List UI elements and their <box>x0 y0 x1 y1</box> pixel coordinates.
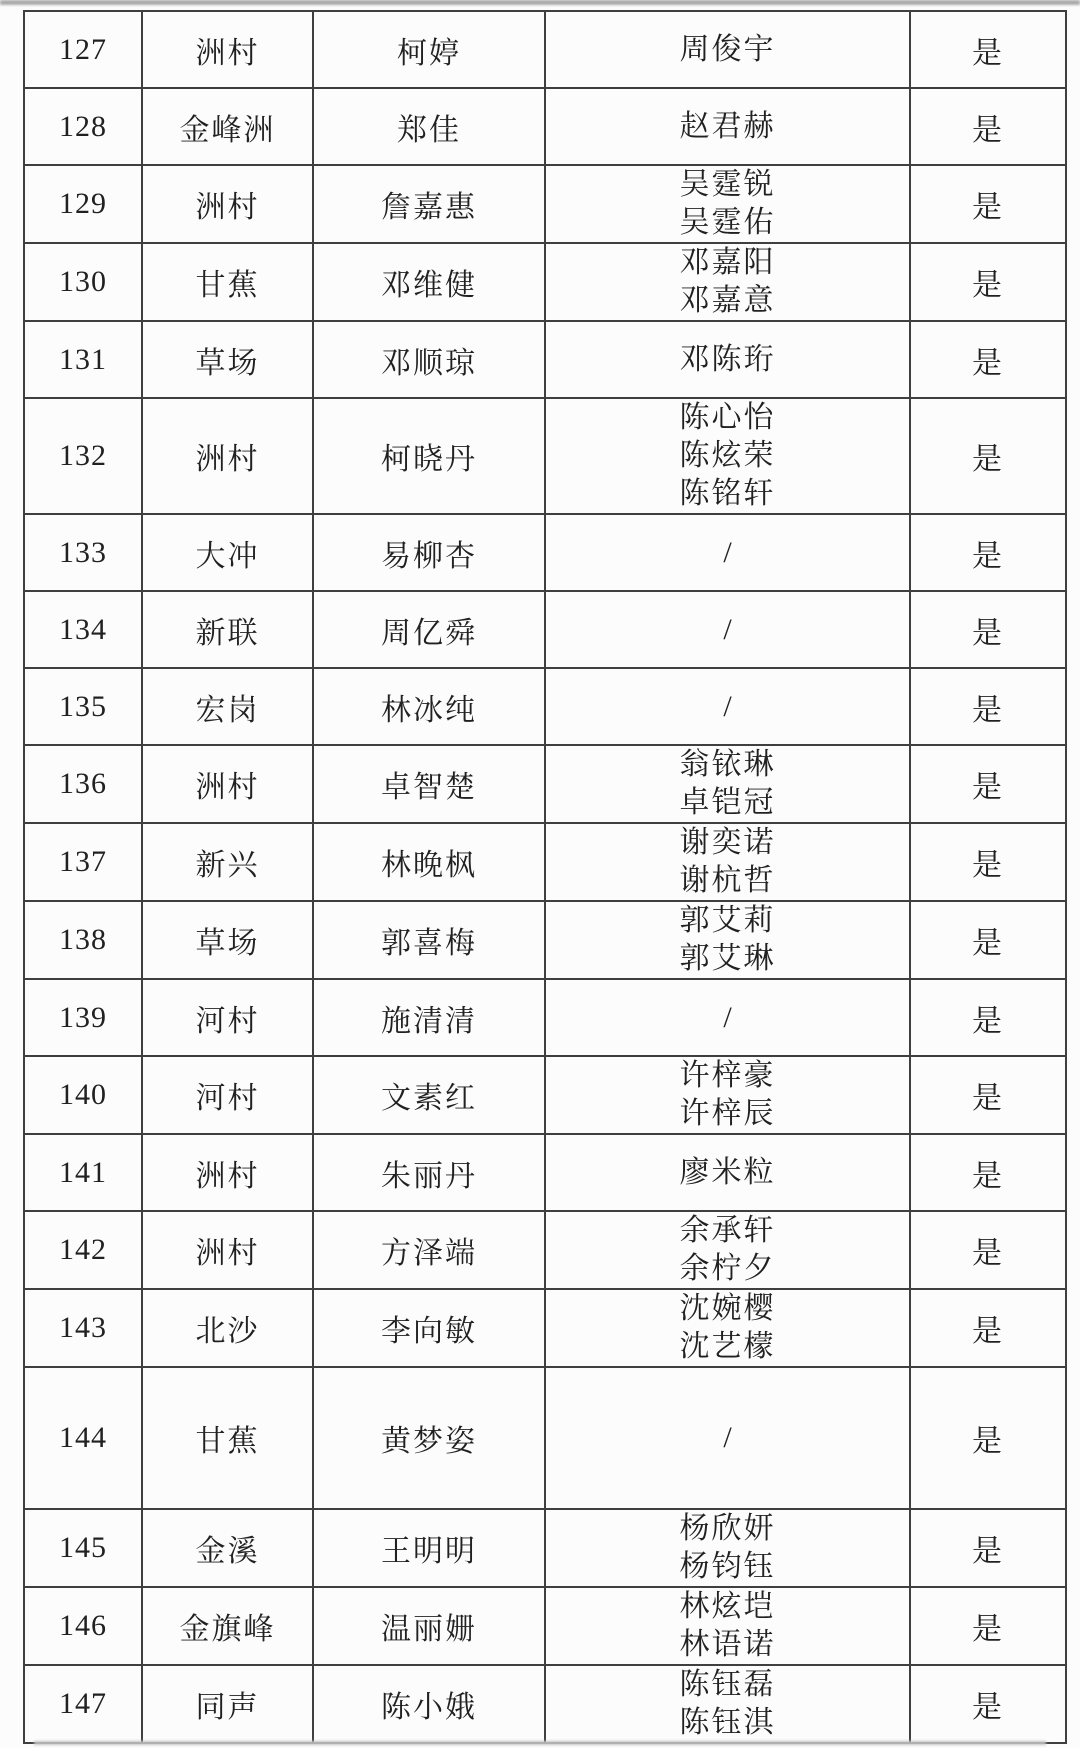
child-name: 陈钰淇 <box>550 1704 905 1742</box>
children-cell: 许梓豪许梓辰 <box>545 1056 910 1134</box>
parent-name-cell: 文素红 <box>313 1056 545 1134</box>
status-cell: 是 <box>910 165 1066 243</box>
status-cell: 是 <box>910 979 1066 1056</box>
parent-name-cell: 郑佳 <box>313 88 545 165</box>
parent-name-cell: 邓维健 <box>313 243 545 321</box>
child-name: 周俊宇 <box>550 31 905 69</box>
table-row: 133大冲易柳杏/是 <box>24 514 1066 591</box>
row-number-cell: 144 <box>24 1367 142 1509</box>
parent-name-cell: 王明明 <box>313 1509 545 1587</box>
parent-name-cell: 温丽姗 <box>313 1587 545 1665</box>
children-cell: / <box>545 1367 910 1509</box>
village-cell: 洲村 <box>142 11 313 88</box>
row-number-cell: 134 <box>24 591 142 668</box>
village-cell: 河村 <box>142 979 313 1056</box>
status-cell: 是 <box>910 591 1066 668</box>
village-cell: 河村 <box>142 1056 313 1134</box>
status-cell: 是 <box>910 1211 1066 1289</box>
row-number-cell: 129 <box>24 165 142 243</box>
status-cell: 是 <box>910 1665 1066 1743</box>
parent-name-cell: 郭喜梅 <box>313 901 545 979</box>
child-name: 吴霆佑 <box>550 204 905 242</box>
status-cell: 是 <box>910 1509 1066 1587</box>
row-number-cell: 143 <box>24 1289 142 1367</box>
village-cell: 洲村 <box>142 1211 313 1289</box>
child-name: 邓嘉意 <box>550 282 905 320</box>
empty-marker: / <box>550 611 905 649</box>
row-number-cell: 131 <box>24 321 142 398</box>
status-cell: 是 <box>910 901 1066 979</box>
children-cell: 廖米粒 <box>545 1134 910 1211</box>
children-cell: 谢奕诺谢杭哲 <box>545 823 910 901</box>
status-cell: 是 <box>910 745 1066 823</box>
child-name: 余柠夕 <box>550 1250 905 1288</box>
row-number-cell: 141 <box>24 1134 142 1211</box>
row-number-cell: 128 <box>24 88 142 165</box>
village-cell: 洲村 <box>142 398 313 514</box>
parent-name-cell: 易柳杏 <box>313 514 545 591</box>
row-number-cell: 136 <box>24 745 142 823</box>
parent-name-cell: 詹嘉惠 <box>313 165 545 243</box>
child-name: 邓陈珩 <box>550 341 905 379</box>
status-cell: 是 <box>910 321 1066 398</box>
child-name: 林语诺 <box>550 1626 905 1664</box>
table-row: 137新兴林晚枫谢奕诺谢杭哲是 <box>24 823 1066 901</box>
parent-name-cell: 黄梦姿 <box>313 1367 545 1509</box>
child-name: 陈炫荣 <box>550 437 905 475</box>
table-row: 131草场邓顺琼邓陈珩是 <box>24 321 1066 398</box>
table-row: 143北沙李向敏沈婉樱沈艺檬是 <box>24 1289 1066 1367</box>
children-cell: 周俊宇 <box>545 11 910 88</box>
parent-name-cell: 方泽端 <box>313 1211 545 1289</box>
roster-table-body: 127洲村柯婷周俊宇是128金峰洲郑佳赵君赫是129洲村詹嘉惠吴霆锐吴霆佑是13… <box>24 11 1066 1743</box>
village-cell: 洲村 <box>142 1134 313 1211</box>
child-name: 吴霆锐 <box>550 166 905 204</box>
status-cell: 是 <box>910 668 1066 745</box>
parent-name-cell: 李向敏 <box>313 1289 545 1367</box>
village-cell: 金溪 <box>142 1509 313 1587</box>
village-cell: 洲村 <box>142 165 313 243</box>
status-cell: 是 <box>910 1056 1066 1134</box>
row-number-cell: 140 <box>24 1056 142 1134</box>
status-cell: 是 <box>910 1289 1066 1367</box>
row-number-cell: 133 <box>24 514 142 591</box>
table-row: 141洲村朱丽丹廖米粒是 <box>24 1134 1066 1211</box>
children-cell: 郭艾莉郭艾琳 <box>545 901 910 979</box>
parent-name-cell: 柯婷 <box>313 11 545 88</box>
empty-marker: / <box>550 999 905 1037</box>
children-cell: / <box>545 668 910 745</box>
table-row: 139河村施清清/是 <box>24 979 1066 1056</box>
village-cell: 甘蕉 <box>142 1367 313 1509</box>
row-number-cell: 127 <box>24 11 142 88</box>
table-row: 147同声陈小娥陈钰磊陈钰淇是 <box>24 1665 1066 1743</box>
child-name: 沈婉樱 <box>550 1290 905 1328</box>
village-cell: 金峰洲 <box>142 88 313 165</box>
roster-table: 127洲村柯婷周俊宇是128金峰洲郑佳赵君赫是129洲村詹嘉惠吴霆锐吴霆佑是13… <box>23 10 1067 1744</box>
table-row: 142洲村方泽端余承轩余柠夕是 <box>24 1211 1066 1289</box>
row-number-cell: 139 <box>24 979 142 1056</box>
children-cell: 邓陈珩 <box>545 321 910 398</box>
child-name: 郭艾莉 <box>550 902 905 940</box>
table-row: 140河村文素红许梓豪许梓辰是 <box>24 1056 1066 1134</box>
row-number-cell: 138 <box>24 901 142 979</box>
row-number-cell: 130 <box>24 243 142 321</box>
child-name: 余承轩 <box>550 1212 905 1250</box>
child-name: 翁铱琳 <box>550 746 905 784</box>
children-cell: 邓嘉阳邓嘉意 <box>545 243 910 321</box>
parent-name-cell: 邓顺琼 <box>313 321 545 398</box>
child-name: 廖米粒 <box>550 1154 905 1192</box>
child-name: 邓嘉阳 <box>550 244 905 282</box>
child-name: 许梓辰 <box>550 1095 905 1133</box>
table-row: 130甘蕉邓维健邓嘉阳邓嘉意是 <box>24 243 1066 321</box>
table-row: 128金峰洲郑佳赵君赫是 <box>24 88 1066 165</box>
village-cell: 同声 <box>142 1665 313 1743</box>
table-row: 135宏岗林冰纯/是 <box>24 668 1066 745</box>
village-cell: 大冲 <box>142 514 313 591</box>
table-row: 132洲村柯晓丹陈心怡陈炫荣陈铭轩是 <box>24 398 1066 514</box>
row-number-cell: 135 <box>24 668 142 745</box>
status-cell: 是 <box>910 823 1066 901</box>
status-cell: 是 <box>910 1587 1066 1665</box>
village-cell: 草场 <box>142 901 313 979</box>
status-cell: 是 <box>910 11 1066 88</box>
table-row: 138草场郭喜梅郭艾莉郭艾琳是 <box>24 901 1066 979</box>
village-cell: 宏岗 <box>142 668 313 745</box>
row-number-cell: 146 <box>24 1587 142 1665</box>
child-name: 谢杭哲 <box>550 862 905 900</box>
row-number-cell: 142 <box>24 1211 142 1289</box>
village-cell: 金旗峰 <box>142 1587 313 1665</box>
child-name: 陈铭轩 <box>550 475 905 513</box>
children-cell: 陈心怡陈炫荣陈铭轩 <box>545 398 910 514</box>
village-cell: 草场 <box>142 321 313 398</box>
parent-name-cell: 林晚枫 <box>313 823 545 901</box>
table-row: 129洲村詹嘉惠吴霆锐吴霆佑是 <box>24 165 1066 243</box>
child-name: 沈艺檬 <box>550 1328 905 1366</box>
table-row: 127洲村柯婷周俊宇是 <box>24 11 1066 88</box>
row-number-cell: 137 <box>24 823 142 901</box>
parent-name-cell: 陈小娥 <box>313 1665 545 1743</box>
child-name: 陈钰磊 <box>550 1666 905 1704</box>
parent-name-cell: 周亿舜 <box>313 591 545 668</box>
village-cell: 洲村 <box>142 745 313 823</box>
parent-name-cell: 卓智楚 <box>313 745 545 823</box>
village-cell: 北沙 <box>142 1289 313 1367</box>
status-cell: 是 <box>910 1367 1066 1509</box>
village-cell: 新兴 <box>142 823 313 901</box>
status-cell: 是 <box>910 514 1066 591</box>
parent-name-cell: 施清清 <box>313 979 545 1056</box>
children-cell: 翁铱琳卓铠冠 <box>545 745 910 823</box>
child-name: 赵君赫 <box>550 108 905 146</box>
parent-name-cell: 朱丽丹 <box>313 1134 545 1211</box>
child-name: 郭艾琳 <box>550 940 905 978</box>
table-row: 134新联周亿舜/是 <box>24 591 1066 668</box>
empty-marker: / <box>550 534 905 572</box>
child-name: 卓铠冠 <box>550 784 905 822</box>
row-number-cell: 132 <box>24 398 142 514</box>
table-row: 136洲村卓智楚翁铱琳卓铠冠是 <box>24 745 1066 823</box>
child-name: 陈心怡 <box>550 399 905 437</box>
village-cell: 新联 <box>142 591 313 668</box>
village-cell: 甘蕉 <box>142 243 313 321</box>
table-row: 144甘蕉黄梦姿/是 <box>24 1367 1066 1509</box>
empty-marker: / <box>550 688 905 726</box>
child-name: 杨钧钰 <box>550 1548 905 1586</box>
status-cell: 是 <box>910 398 1066 514</box>
children-cell: / <box>545 591 910 668</box>
child-name: 林炫垲 <box>550 1588 905 1626</box>
children-cell: 吴霆锐吴霆佑 <box>545 165 910 243</box>
status-cell: 是 <box>910 88 1066 165</box>
parent-name-cell: 柯晓丹 <box>313 398 545 514</box>
status-cell: 是 <box>910 1134 1066 1211</box>
child-name: 许梓豪 <box>550 1057 905 1095</box>
child-name: 杨欣妍 <box>550 1510 905 1548</box>
table-row: 145金溪王明明杨欣妍杨钧钰是 <box>24 1509 1066 1587</box>
parent-name-cell: 林冰纯 <box>313 668 545 745</box>
children-cell: / <box>545 514 910 591</box>
children-cell: 赵君赫 <box>545 88 910 165</box>
children-cell: / <box>545 979 910 1056</box>
status-cell: 是 <box>910 243 1066 321</box>
children-cell: 杨欣妍杨钧钰 <box>545 1509 910 1587</box>
row-number-cell: 147 <box>24 1665 142 1743</box>
child-name: 谢奕诺 <box>550 824 905 862</box>
children-cell: 陈钰磊陈钰淇 <box>545 1665 910 1743</box>
children-cell: 林炫垲林语诺 <box>545 1587 910 1665</box>
row-number-cell: 145 <box>24 1509 142 1587</box>
empty-marker: / <box>550 1419 905 1457</box>
children-cell: 沈婉樱沈艺檬 <box>545 1289 910 1367</box>
children-cell: 余承轩余柠夕 <box>545 1211 910 1289</box>
table-row: 146金旗峰温丽姗林炫垲林语诺是 <box>24 1587 1066 1665</box>
page-top-edge-artifact <box>0 0 1080 5</box>
